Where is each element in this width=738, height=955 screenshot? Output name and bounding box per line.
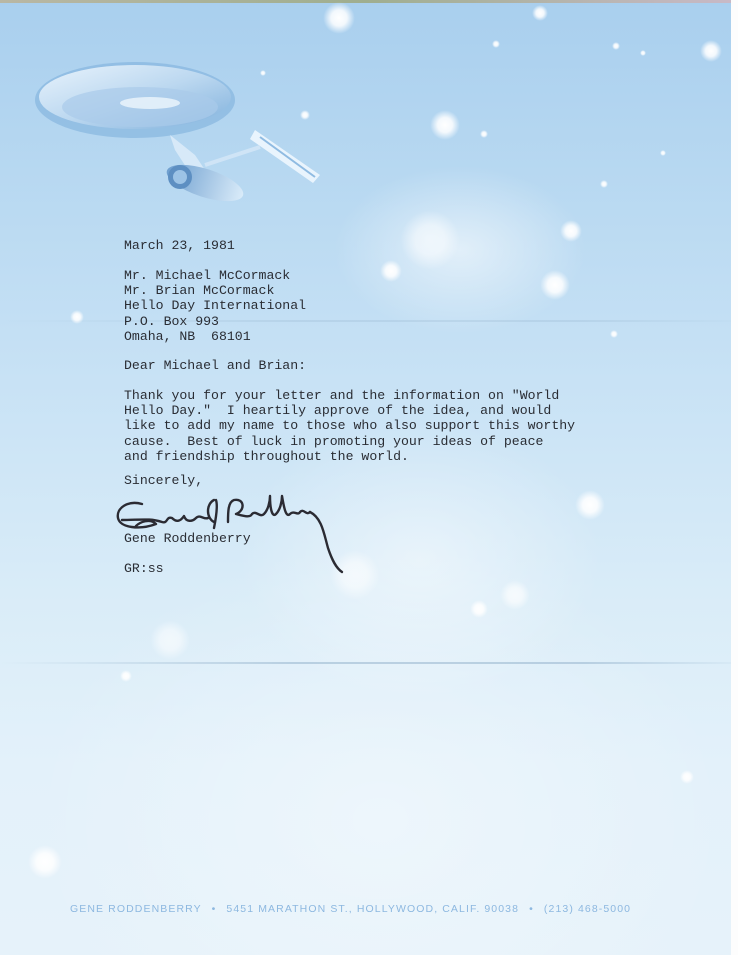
scan-border <box>731 0 738 955</box>
letter-body: Thank you for your letter and the inform… <box>124 388 575 464</box>
body-line: Thank you for your letter and the inform… <box>124 388 575 403</box>
signer-name: Gene Roddenberry <box>124 531 251 546</box>
body-line: and friendship throughout the world. <box>124 449 575 464</box>
footer-separator: • <box>212 903 217 915</box>
body-line: Hello Day." I heartily approve of the id… <box>124 403 575 418</box>
fold-crease <box>0 320 731 322</box>
letter-page: March 23, 1981 Mr. Michael McCormack Mr.… <box>0 0 731 955</box>
address-line: P.O. Box 993 <box>124 314 306 329</box>
salutation: Dear Michael and Brian: <box>124 358 306 373</box>
fold-crease <box>0 662 731 664</box>
address-line: Mr. Michael McCormack <box>124 268 306 283</box>
starship-illustration <box>30 55 340 225</box>
address-line: Omaha, NB 68101 <box>124 329 306 344</box>
footer-address: 5451 MARATHON ST., HOLLYWOOD, CALIF. 900… <box>226 903 519 915</box>
body-line: cause. Best of luck in promoting your id… <box>124 434 575 449</box>
body-line: like to add my name to those who also su… <box>124 418 575 433</box>
recipient-address: Mr. Michael McCormack Mr. Brian McCormac… <box>124 268 306 344</box>
paper-top-edge <box>0 0 731 3</box>
footer-separator: • <box>529 903 534 915</box>
reference-initials: GR:ss <box>124 561 164 576</box>
footer-name: GENE RODDENBERRY <box>70 903 202 915</box>
letterhead-footer: GENE RODDENBERRY • 5451 MARATHON ST., HO… <box>70 903 670 915</box>
address-line: Hello Day International <box>124 298 306 313</box>
footer-phone: (213) 468-5000 <box>544 903 631 915</box>
closing: Sincerely, <box>124 473 203 488</box>
address-line: Mr. Brian McCormack <box>124 283 306 298</box>
letter-date: March 23, 1981 <box>124 238 235 253</box>
